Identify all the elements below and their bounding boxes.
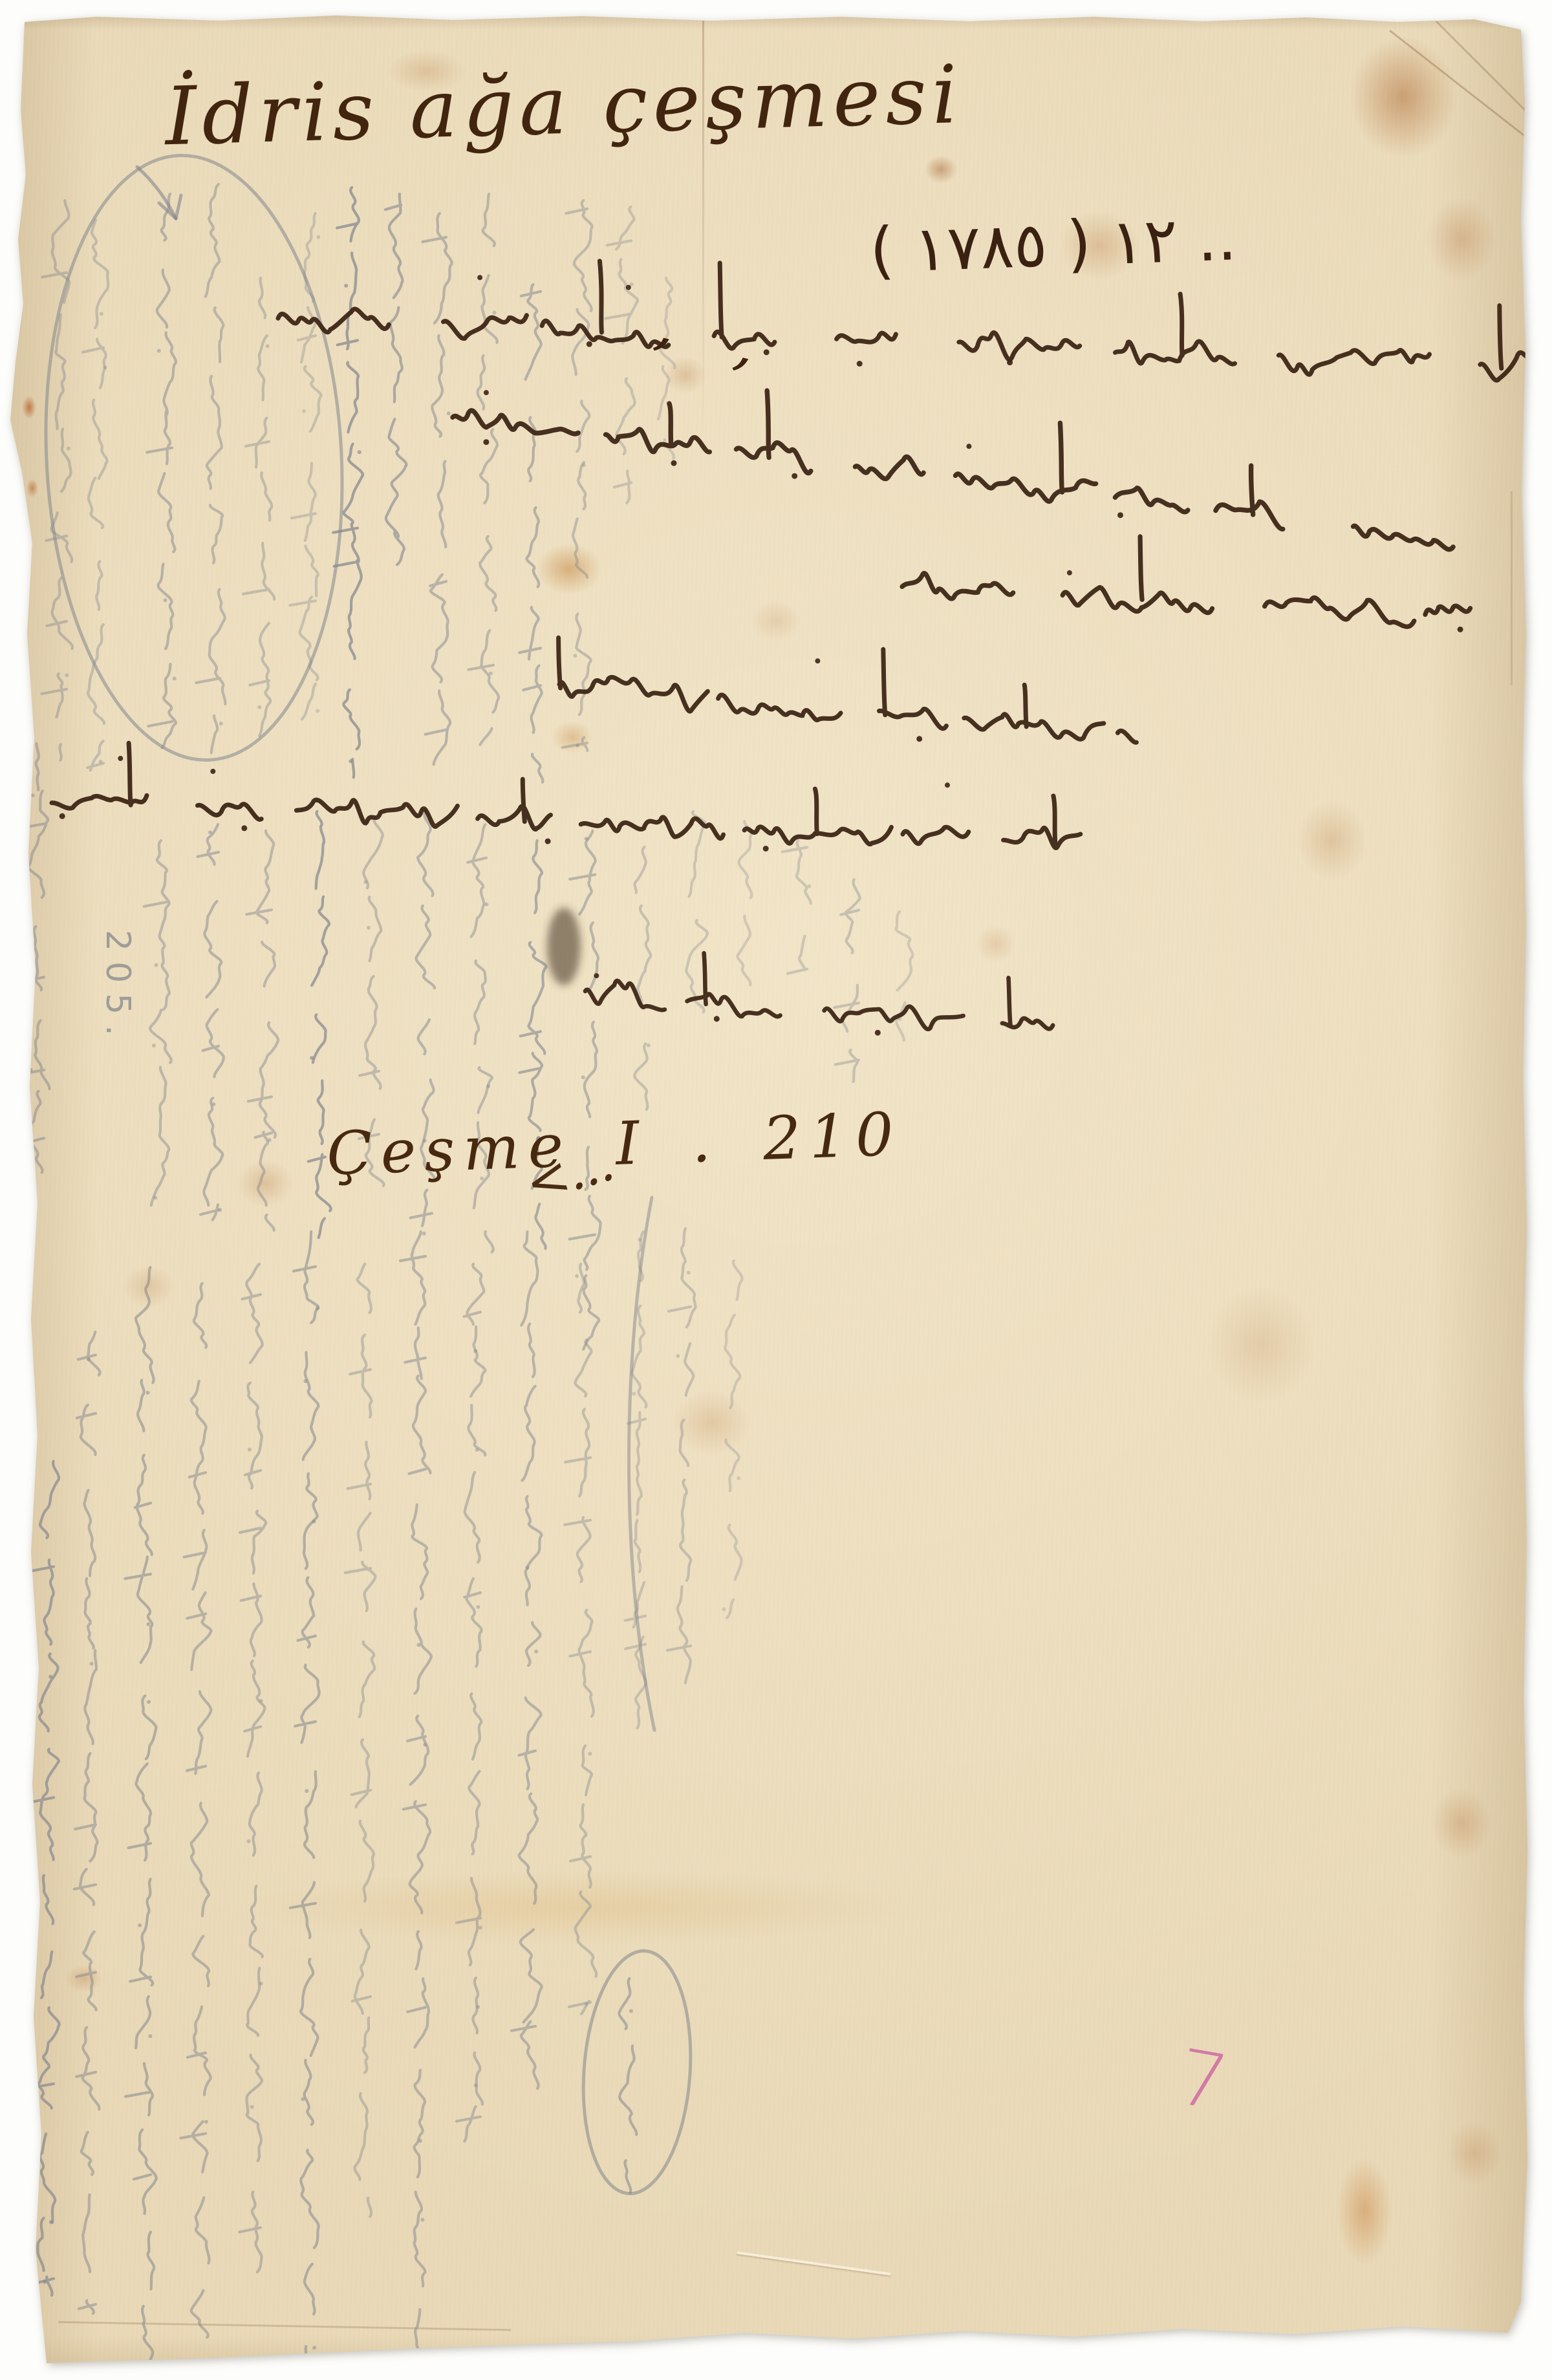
crease-top-right-1 [1389,30,1543,151]
stain-spot [656,349,715,401]
stain-spot [58,1959,110,1998]
date-line-arabic-numerals: ( ١٧٨٥ ) ١٢ .. [868,202,1238,287]
crease-bottom-left [58,2321,511,2331]
crease-vertical-top [702,21,704,441]
stain-spot [918,150,964,189]
crease-top-right-2 [1436,21,1547,132]
stain-spot [740,592,812,650]
page-title-handwritten: İdris ağa çeşmesi [164,48,964,164]
crease-right-middle [1511,491,1513,685]
reference-line-cesme: Çeşme I . 210 [325,1100,903,1189]
paper-sheet: İdris ağa çeşmesi , , ( ١٧٨٥ ) ١٢ .. Çeş… [0,0,1552,2380]
stain-spot [1044,197,1154,294]
stain-spot [1413,181,1510,297]
graphite-smudge-blot [547,908,581,985]
stain-spot [967,918,1025,970]
title-cedilla-marks: , , [650,289,786,386]
stain-spot [524,533,614,605]
stain-spot [19,391,39,423]
pencil-circles-and-arrow [31,148,698,2198]
stain-spot [1187,1264,1335,1426]
stain-spot [24,475,41,501]
pencil-draft-columns [19,184,912,2368]
crease-bottom-fold [737,2251,890,2275]
stain-spot [1419,1775,1503,1872]
stain-spot [1436,2108,1513,2198]
handwriting-strokes-layer [0,0,1552,2380]
pencil-circled-annotation [576,1947,698,2198]
pencil-circled-annotation [31,148,357,768]
stain-spot [1326,2137,1403,2286]
paper-sheet-wrapper: İdris ağa çeşmesi , , ( ١٧٨٥ ) ١٢ .. Çeş… [0,0,1552,2380]
stain-spot [113,1258,184,1316]
insertion-mark: <... [519,1132,620,1214]
stain-spot [1329,13,1478,181]
pink-crayon-number: 7 [1171,2032,1234,2128]
sideways-pencil-number: 205. [98,930,137,1046]
scanned-document-page: İdris ağa çeşmesi , , ( ١٧٨٥ ) ١٢ .. Çeş… [0,0,1552,2380]
ottoman-ink-lines [52,261,1530,1036]
stain-spot [372,42,482,100]
stain-spot [226,1151,304,1216]
stain-spot [543,714,601,760]
stain-spot [656,1377,766,1468]
stain-spot [1284,786,1381,895]
stain-spot [113,1856,1051,1959]
